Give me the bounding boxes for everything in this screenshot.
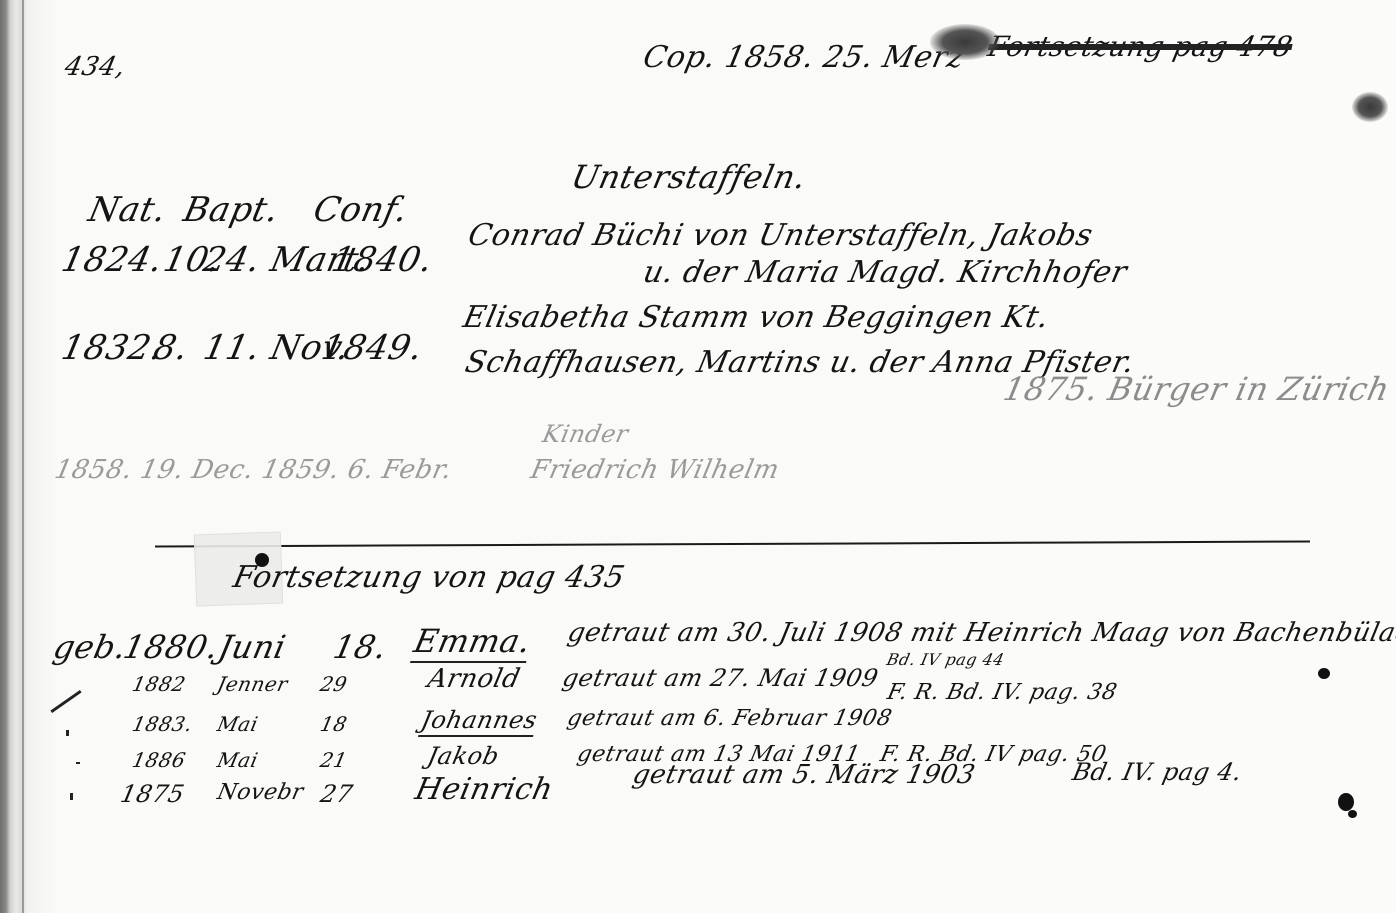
header-nat: Nat. bbox=[85, 190, 170, 230]
child-name: Jakob bbox=[425, 742, 502, 770]
born-prefix: geb. bbox=[50, 628, 130, 666]
marriage-note: getraut am 30. Juli 1908 mit Heinrich Ma… bbox=[565, 618, 1396, 648]
binding-gutter bbox=[22, 0, 24, 913]
conf-year: 1840. bbox=[328, 240, 436, 280]
birth-day: 21 bbox=[318, 748, 350, 772]
child-name: Johannes bbox=[418, 706, 540, 737]
ditto-mark bbox=[66, 730, 69, 736]
register-page: 434, Cop. 1858. 25. Merz Fortsetzung pag… bbox=[0, 0, 1396, 913]
ditto-mark bbox=[50, 690, 81, 713]
conf-year: 1849. bbox=[318, 328, 426, 368]
register-ref: F. R. Bd. IV. pag. 38 bbox=[885, 680, 1119, 705]
birth-day: 27 bbox=[318, 780, 355, 808]
page-number: 434, bbox=[62, 52, 128, 82]
ink-blot bbox=[1352, 92, 1388, 122]
family-place: Unterstaffeln. bbox=[568, 158, 810, 196]
children-heading: Kinder bbox=[540, 420, 631, 448]
marriage-note: getraut am 27. Mai 1909 bbox=[560, 664, 881, 692]
header-conf: Conf. bbox=[310, 190, 412, 230]
marriage-note: getraut am 5. März 1903 bbox=[630, 760, 978, 790]
child-name: Heinrich bbox=[412, 772, 556, 807]
continuation-heading: Fortsetzung von pag 435 bbox=[230, 560, 628, 595]
birth-month: Jenner bbox=[215, 672, 290, 696]
header-bapt: Bapt. bbox=[180, 190, 283, 230]
child-name: Arnold bbox=[425, 664, 523, 694]
copy-note: Cop. 1858. 25. Merz bbox=[640, 40, 968, 75]
entry-text-line1: Conrad Büchi von Unterstaffeln, Jakobs bbox=[465, 218, 1096, 253]
later-note: 1875. Bürger in Zürich bbox=[1000, 370, 1393, 408]
bapt-day: 8. bbox=[150, 328, 192, 368]
entry-text-line1: Elisabetha Stamm von Beggingen Kt. bbox=[460, 300, 1052, 335]
struck-out-note: Fortsetzung pag 478 bbox=[985, 30, 1296, 63]
register-ref: Bd. IV pag 44 bbox=[885, 650, 1006, 669]
marriage-note: getraut am 6. Februar 1908 bbox=[565, 706, 894, 731]
birth-day: 29 bbox=[318, 672, 350, 696]
birth-month: Mai bbox=[215, 712, 260, 736]
register-ref: Bd. IV. pag 4. bbox=[1070, 758, 1245, 786]
birth-year: 1886 bbox=[130, 748, 188, 772]
birth-month: Mai bbox=[215, 748, 260, 772]
ink-smudge bbox=[930, 24, 1000, 60]
birth-year: 1875 bbox=[118, 780, 187, 808]
section-divider bbox=[155, 540, 1310, 547]
entry-text-line2: u. der Maria Magd. Kirchhofer bbox=[640, 255, 1130, 290]
birth-month: Novebr bbox=[215, 780, 306, 805]
birth-year: 1880. bbox=[120, 628, 222, 666]
ink-blot bbox=[1318, 668, 1330, 679]
ink-blot bbox=[1348, 810, 1357, 818]
nat-year: 1824. bbox=[58, 240, 166, 280]
ink-blot bbox=[1338, 793, 1354, 811]
birth-day: 18 bbox=[318, 712, 350, 736]
child-dates: 1858. 19. Dec. 1859. 6. Febr. bbox=[52, 455, 455, 485]
ditto-mark bbox=[76, 762, 80, 764]
birth-year: 1883. bbox=[130, 712, 195, 736]
birth-month: Juni bbox=[215, 628, 289, 666]
child-name: Emma. bbox=[410, 622, 535, 663]
birth-year: 1882 bbox=[130, 672, 188, 696]
birth-day: 18. bbox=[330, 628, 390, 666]
ditto-mark bbox=[70, 793, 73, 800]
child-name: Friedrich Wilhelm bbox=[528, 455, 782, 485]
